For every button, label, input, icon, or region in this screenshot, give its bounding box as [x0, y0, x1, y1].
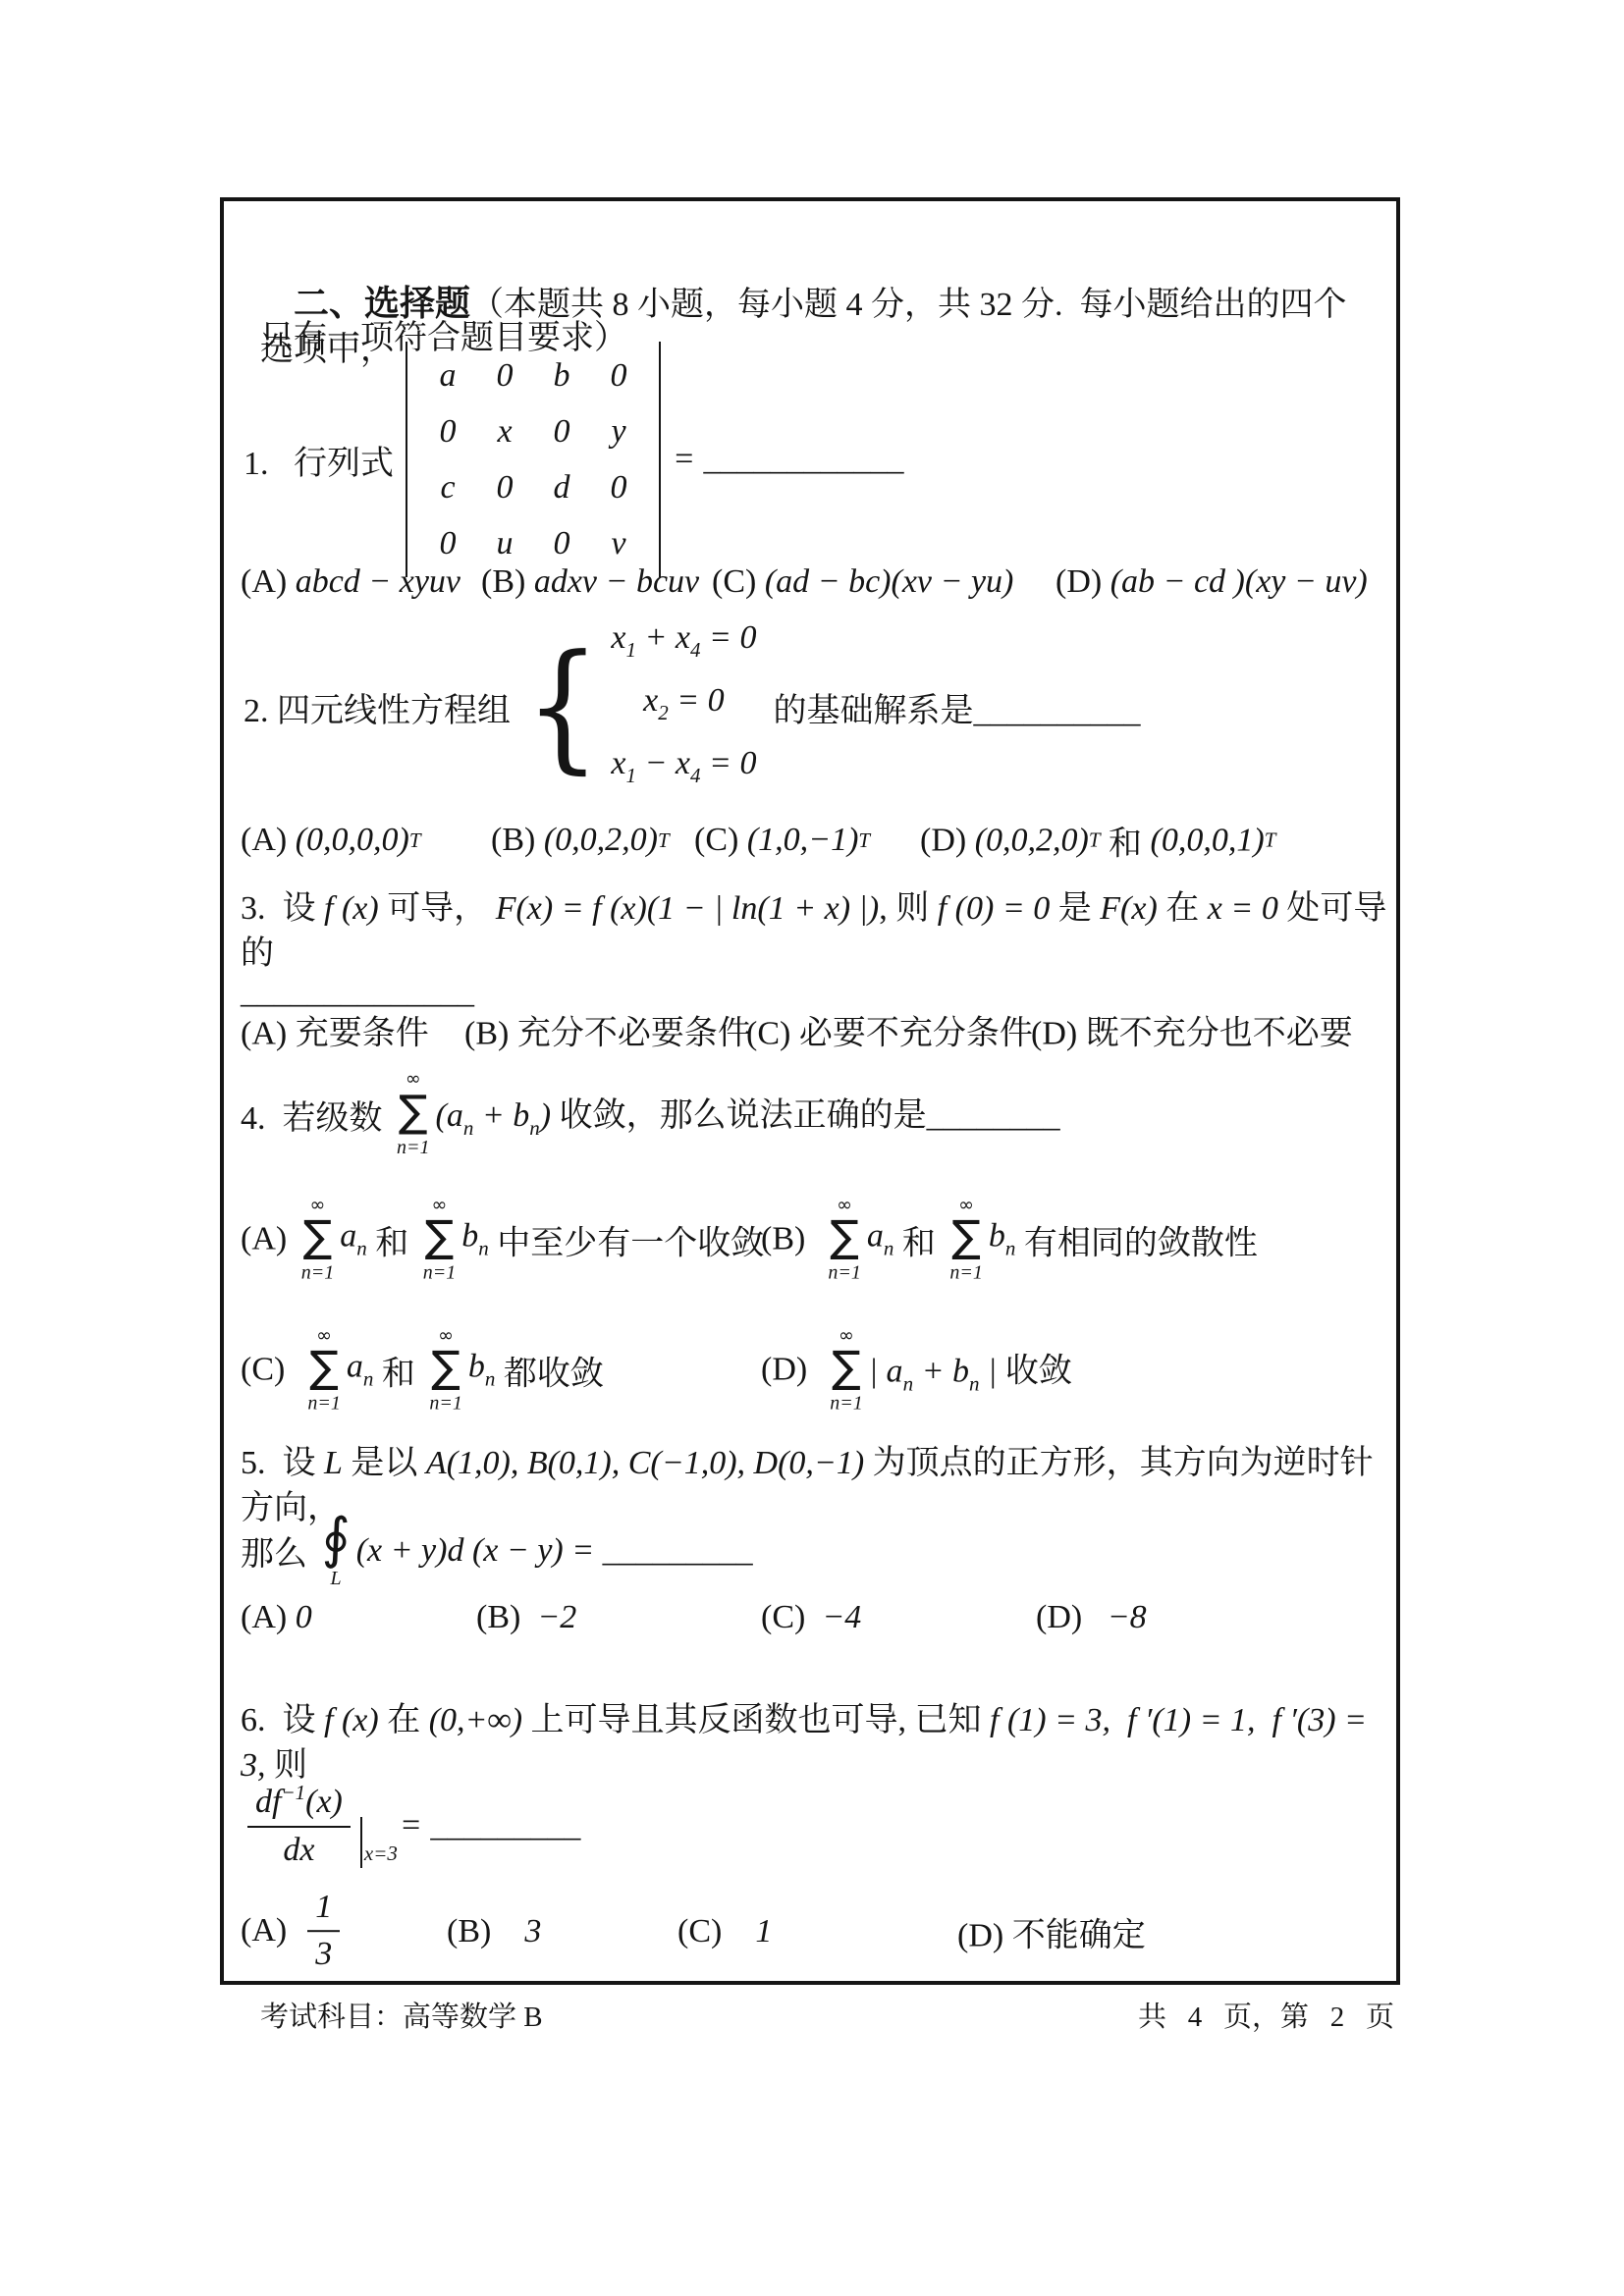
text-segment: x	[611, 619, 625, 656]
text-segment: 1	[625, 638, 636, 662]
option-b: (B) 充分不必要条件	[464, 1006, 751, 1054]
text-segment: 上可导且其反函数也可导	[522, 1702, 898, 1738]
option-b: (B) −2	[476, 1599, 576, 1636]
determinant-cell: y	[611, 403, 625, 459]
fraction-denominator: dx	[283, 1828, 314, 1871]
text-segment: 和	[1101, 817, 1151, 865]
option-d: (D) 不能确定	[957, 1907, 1146, 1955]
text-segment: (A)	[241, 1599, 296, 1636]
text-segment: (C)	[677, 1913, 755, 1950]
text-segment: (0,0,0,0)	[296, 822, 409, 859]
determinant-cell: x	[497, 403, 512, 459]
determinant-cell: b	[554, 347, 570, 403]
text-segment: a	[340, 1217, 356, 1254]
integral-path-label: L	[331, 1567, 342, 1590]
text-segment: x	[643, 682, 658, 719]
text-segment: T	[858, 828, 870, 853]
text-segment: 和	[373, 1356, 423, 1392]
question-1-blank: = ____________	[673, 441, 903, 478]
text-segment: (B)	[481, 563, 534, 601]
text-segment: (0,+∞)	[429, 1702, 522, 1738]
text-segment: (ad − bc)(xv − yu)	[765, 563, 1014, 601]
text-segment: 3	[524, 1913, 541, 1950]
text-segment: _________	[603, 1532, 753, 1569]
fraction-numerator: df−1(x)	[247, 1781, 351, 1828]
text-segment: + b	[473, 1097, 529, 1134]
question-5-lead: 那么	[241, 1526, 316, 1575]
option-b: (B) adxv − bcuv	[481, 563, 699, 601]
text-segment: 1	[755, 1913, 772, 1950]
text-segment: x = 0	[1208, 890, 1278, 927]
question-4: 4. 若级数 ∞ ∑ n=1 (an + bn) 收敛，那么说法正确的是____…	[241, 1065, 1060, 1163]
text-segment: (C)	[761, 1599, 822, 1636]
text-segment: n	[903, 1371, 914, 1395]
question-1-options: (A) abcd − xyuv (B) adxv − bcuv (C) (ad …	[241, 560, 1380, 605]
text-segment: 中至少有一个收敛	[489, 1225, 765, 1261]
equation-1: x1 + x4 = 0	[611, 615, 756, 672]
question-6-derivative-line: df−1(x) dx x=3 = _________	[244, 1779, 580, 1872]
text-segment: b	[461, 1217, 478, 1254]
text-segment: 1. 行列式	[244, 446, 394, 482]
text-segment: =	[400, 1807, 430, 1843]
text-segment: (A) 充要条件	[241, 1006, 429, 1054]
text-segment: df	[255, 1784, 281, 1820]
text-segment: 收敛	[997, 1353, 1072, 1389]
oint-glyph: ∮	[322, 1512, 351, 1567]
text-segment: a	[867, 1217, 884, 1254]
text-segment: T	[1089, 828, 1101, 853]
option-c: (C) 1	[677, 1913, 772, 1950]
sum-symbol: ∞∑n=1	[830, 1325, 863, 1415]
text-segment: n	[1005, 1236, 1016, 1259]
text-segment: (1,0,−1)	[747, 822, 859, 859]
determinant-cell: c	[440, 459, 455, 515]
text-segment: 1	[625, 764, 636, 787]
determinant-cell: 0	[440, 403, 457, 459]
text-segment: 收敛，那么说法正确的是________	[551, 1097, 1060, 1134]
option-c: (C) −4	[761, 1599, 861, 1636]
question-2-blank: 的基础解系是__________	[756, 683, 1140, 731]
question-4-options-row1: (A) ∞∑n=1 an 和 ∞∑n=1 bn 中至少有一个收敛 (B) ∞∑n…	[241, 1183, 1380, 1296]
text-segment: −2	[537, 1599, 576, 1636]
option-b: (B) (0,0,2,0)T	[491, 822, 670, 859]
option-a: (A) abcd − xyuv	[241, 563, 460, 601]
sum-symbol: ∞∑n=1	[828, 1195, 861, 1284]
equation-3: x1 − x4 = 0	[611, 741, 756, 798]
text-segment: _________	[430, 1807, 580, 1843]
option-a: (A) 1 3	[241, 1888, 344, 1976]
text-segment: 3. 设	[241, 890, 324, 927]
text-segment: (D)	[920, 822, 975, 859]
text-segment: | a	[869, 1353, 903, 1389]
text-segment: F(x)	[1100, 890, 1158, 927]
text-segment: (x)	[305, 1784, 343, 1820]
text-segment: 是	[1050, 890, 1100, 927]
text-segment: = 0	[701, 619, 757, 656]
text-segment: (D) 既不充分也不必要	[1031, 1006, 1353, 1054]
text-segment: 4	[690, 638, 701, 662]
text-segment: + x	[636, 619, 690, 656]
question-5-integral-line: 那么 ∮ L (x + y)d (x − y) = _________	[241, 1504, 753, 1597]
determinant-cell: 0	[497, 459, 514, 515]
text-segment: −1	[281, 1781, 305, 1804]
text-segment: A(1,0), B(0,1), C(−1,0), D(0,−1)	[426, 1445, 864, 1481]
text-segment: 有相同的敛散性	[1015, 1225, 1258, 1261]
text-segment: 的基础解系是__________	[756, 693, 1140, 729]
text-segment: (ab − cd )(xy − uv)	[1110, 563, 1368, 601]
text-segment: 是以	[343, 1445, 426, 1481]
text-segment: |	[980, 1353, 998, 1389]
text-segment: n	[463, 1116, 474, 1140]
text-segment: (A)	[241, 563, 296, 601]
option-c: (C) ∞∑n=1 an 和 ∞∑n=1 bn 都收敛	[241, 1325, 604, 1415]
determinant-cell: 0	[611, 347, 627, 403]
question-6-options: (A) 1 3 (B) 3 (C) 1 (D) 不能确定	[241, 1885, 1380, 1978]
question-3-options: (A) 充要条件 (B) 充分不必要条件 (C) 必要不充分条件 (D) 既不充…	[241, 1007, 1380, 1052]
text-segment: )	[540, 1097, 551, 1134]
text-segment: F(x) = f (x)(1 − | ln(1 + x) |)	[496, 890, 880, 927]
option-b: (B) 3	[447, 1913, 541, 1950]
text-segment: 可导，	[379, 890, 496, 927]
question-2-lead: 2. 四元线性方程组	[244, 683, 511, 731]
text-segment: (C)	[712, 563, 765, 601]
text-segment: (x + y)d (x − y) =	[356, 1532, 603, 1569]
option-c: (C) (ad − bc)(xv − yu)	[712, 563, 1013, 601]
text-segment: n	[356, 1236, 367, 1259]
text-segment: adxv − bcuv	[534, 563, 699, 601]
text-segment: (a	[436, 1097, 463, 1134]
text-segment: (B)	[491, 822, 544, 859]
text-segment: − x	[636, 745, 690, 781]
text-segment: (B)	[761, 1220, 822, 1256]
text-segment: (B)	[447, 1913, 524, 1950]
text-segment: b	[989, 1217, 1005, 1254]
text-segment: L	[324, 1445, 343, 1481]
question-5-options: (A) 0 (B) −2 (C) −4 (D) −8	[241, 1595, 1380, 1640]
derivative-fraction: df−1(x) dx	[247, 1781, 351, 1871]
question-4-lead: 4. 若级数	[241, 1091, 391, 1139]
text-segment: (D)	[1056, 563, 1110, 601]
determinant-cell: 0	[554, 403, 570, 459]
option-d: (D) 既不充分也不必要	[1031, 1006, 1353, 1054]
evaluation-bar	[360, 1817, 362, 1868]
sigma-glyph: ∑	[399, 1090, 428, 1135]
question-3-text: 3. 设 f (x) 可导， F(x) = f (x)(1 − | ln(1 +…	[241, 886, 1389, 977]
text-segment: 和	[367, 1225, 417, 1261]
text-segment: n	[478, 1236, 489, 1259]
option-c: (C) 必要不充分条件	[746, 1006, 1033, 1054]
text-segment: (A)	[241, 1220, 296, 1256]
determinant-cell: 0	[611, 459, 627, 515]
text-segment: , 已知	[898, 1702, 991, 1738]
question-4-blank: (an + bn) 收敛，那么说法正确的是________	[436, 1088, 1060, 1141]
option-d: (D) (ab − cd )(xy − uv)	[1056, 563, 1368, 601]
sum-symbol: ∞∑n=1	[307, 1325, 341, 1415]
text-segment: 在	[379, 1702, 429, 1738]
sum-symbol: ∞∑n=1	[949, 1195, 983, 1284]
question-4-options-row2: (C) ∞∑n=1 an 和 ∞∑n=1 bn 都收敛 (D) ∞∑n=1 | …	[241, 1313, 1380, 1426]
text-segment: (0,0,0,1)	[1151, 822, 1265, 859]
question-1: 1. 行列式 a0b00x0yc0d00u0v = ____________	[244, 346, 903, 573]
text-segment: (A)	[241, 822, 296, 859]
text-segment: n	[969, 1371, 980, 1395]
text-segment: 2	[658, 701, 669, 724]
evaluation-point: x=3	[364, 1823, 398, 1866]
text-segment: (B)	[476, 1599, 537, 1636]
text-segment: 都收敛	[495, 1356, 604, 1392]
text-segment: 5. 设	[241, 1445, 324, 1481]
text-segment: n	[529, 1116, 540, 1140]
text-segment: n	[363, 1366, 374, 1390]
determinant-cell: d	[554, 459, 570, 515]
option-a: (A) ∞∑n=1 an 和 ∞∑n=1 bn 中至少有一个收敛	[241, 1195, 764, 1284]
text-segment: T	[409, 828, 421, 853]
text-segment: , 则	[879, 890, 938, 927]
option-d: (D) ∞∑n=1 | an + bn | 收敛	[761, 1325, 1072, 1415]
text-segment: (D) 不能确定	[957, 1907, 1146, 1955]
text-segment: + b	[913, 1353, 969, 1389]
text-segment: abcd − xyuv	[296, 563, 460, 601]
question-6-text: 6. 设 f (x) 在 (0,+∞) 上可导且其反函数也可导, 已知 f (1…	[241, 1698, 1389, 1789]
text-segment: 0	[296, 1599, 312, 1636]
text-segment: (C) 必要不充分条件	[746, 1006, 1033, 1054]
option-d: (D) −8	[1036, 1599, 1147, 1636]
text-segment: ____________	[703, 441, 903, 477]
text-segment: x	[611, 745, 625, 781]
option-d: (D) (0,0,2,0)T 和 (0,0,0,1)T	[920, 817, 1275, 865]
option-b: (B) ∞∑n=1 an 和 ∞∑n=1 bn 有相同的敛散性	[761, 1195, 1258, 1284]
sum-lower-limit: n=1	[397, 1136, 430, 1159]
option-a: (A) (0,0,0,0)T	[241, 822, 421, 859]
question-2: 2. 四元线性方程组 { x1 + x4 = 0 x2 = 0 x1 − x4 …	[244, 633, 1140, 780]
text-segment: (C)	[694, 822, 747, 859]
text-segment: a	[347, 1348, 363, 1384]
text-segment: =	[673, 441, 703, 477]
sum-symbol: ∞∑n=1	[423, 1195, 457, 1284]
text-segment: x=3	[364, 1842, 398, 1865]
equation-2: x2 = 0	[643, 678, 725, 735]
sum-symbol: ∞∑n=1	[429, 1325, 462, 1415]
question-6-blank: = _________	[400, 1807, 580, 1844]
evaluation-at: x=3	[360, 1789, 398, 1868]
text-segment: (D)	[1036, 1599, 1108, 1636]
text-segment: = 0	[701, 745, 757, 781]
exam-page: 二、选择题（本题共 8 小题，每小题 4 分，共 32 分. 每小题给出的四个选…	[0, 0, 1624, 2296]
text-segment: f (x)	[324, 1702, 379, 1738]
text-segment: −8	[1108, 1599, 1147, 1636]
text-segment: 和	[893, 1225, 944, 1261]
text-segment: (0,0,2,0)	[975, 822, 1089, 859]
determinant-cell: a	[440, 347, 457, 403]
text-segment: (D)	[761, 1351, 824, 1387]
text-segment: 4. 若级数	[241, 1100, 391, 1137]
text-segment: (C)	[241, 1351, 301, 1387]
text-segment: −4	[822, 1599, 861, 1636]
text-segment: b	[468, 1348, 485, 1384]
sum-symbol: ∞∑n=1	[301, 1195, 335, 1284]
text-segment: = 0	[669, 682, 725, 719]
option-c: (C) (1,0,−1)T	[694, 822, 870, 859]
one-third-fraction: 1 3	[307, 1888, 340, 1976]
determinant: a0b00x0yc0d00u0v	[406, 342, 661, 577]
contour-integral-symbol: ∮ L	[322, 1512, 351, 1590]
text-segment: T	[658, 828, 670, 853]
text-segment: 2. 四元线性方程组	[244, 693, 511, 729]
equation-system: x1 + x4 = 0 x2 = 0 x1 − x4 = 0	[611, 615, 756, 798]
sum-symbol: ∞ ∑ n=1	[397, 1069, 430, 1158]
text-segment: dx	[283, 1832, 314, 1868]
text-segment: f (x)	[324, 890, 379, 927]
text-segment: (A)	[241, 1913, 303, 1949]
determinant-cell: 0	[497, 347, 514, 403]
text-segment: n	[884, 1236, 894, 1259]
footer-subject: 考试科目：高等数学 B	[260, 1995, 543, 2035]
text-segment: n	[485, 1366, 496, 1390]
text-segment: (0,0,2,0)	[544, 822, 658, 859]
system-brace: {	[525, 637, 601, 776]
text-segment: f (0) = 0	[938, 890, 1051, 927]
option-a: (A) 0	[241, 1599, 312, 1636]
question-5-blank: (x + y)d (x − y) = _________	[356, 1532, 753, 1570]
text-segment: (B) 充分不必要条件	[464, 1006, 751, 1054]
question-2-options: (A) (0,0,0,0)T (B) (0,0,2,0)T (C) (1,0,−…	[241, 818, 1380, 863]
text-segment: 那么	[241, 1536, 316, 1573]
text-segment: T	[1265, 828, 1276, 853]
text-segment: 在	[1158, 890, 1208, 927]
question-1-lead: 1. 行列式	[244, 436, 394, 484]
text-segment: 6. 设	[241, 1702, 324, 1738]
footer-page-number: 共 4 页，第 2 页	[1138, 1995, 1394, 2035]
option-a: (A) 充要条件	[241, 1006, 429, 1054]
text-segment: 4	[690, 764, 701, 787]
